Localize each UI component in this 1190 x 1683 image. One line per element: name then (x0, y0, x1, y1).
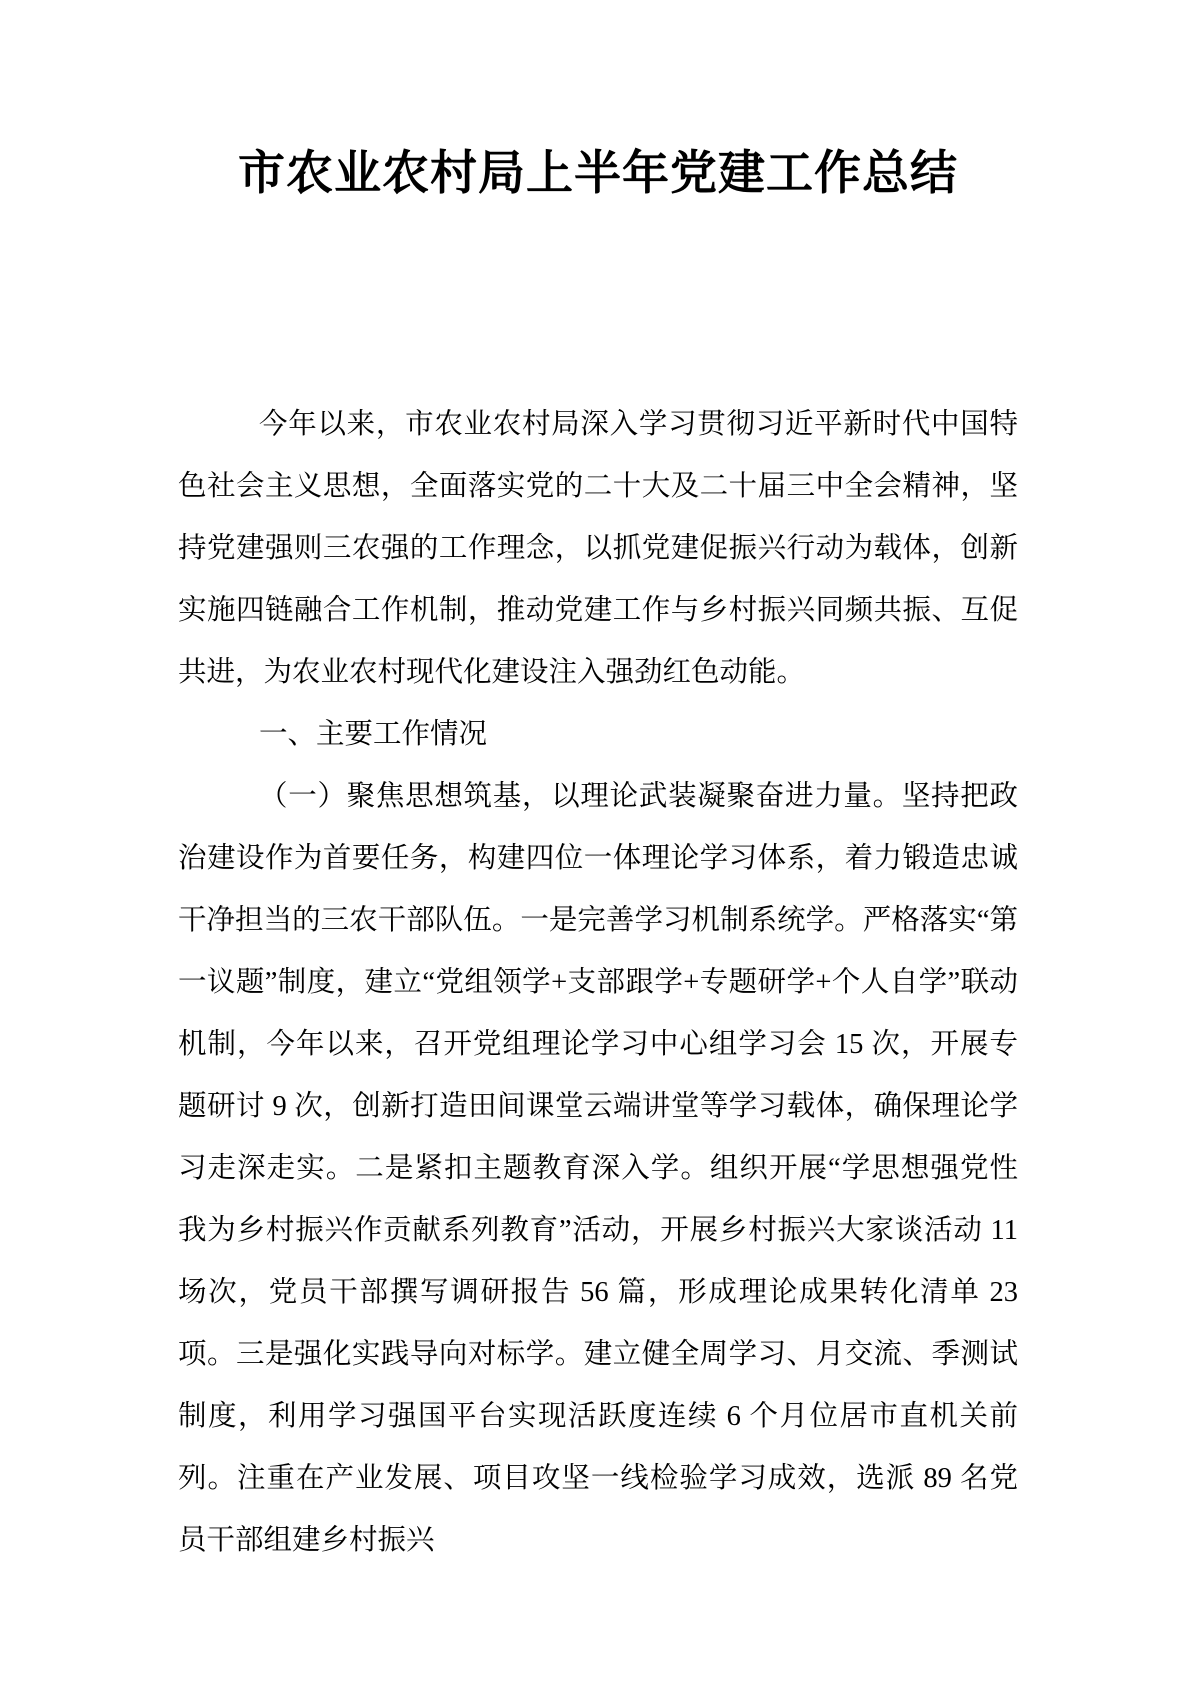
paragraph-section-1: （一）聚焦思想筑基，以理论武装凝聚奋进力量。坚持把政治建设作为首要任务，构建四位… (178, 766, 1018, 1572)
document-body: 今年以来，市农业农村局深入学习贯彻习近平新时代中国特色社会主义思想，全面落实党的… (178, 394, 1018, 1572)
heading-section-1: 一、主要工作情况 (178, 704, 1018, 766)
title-body-spacer (178, 219, 1018, 394)
paragraph-intro: 今年以来，市农业农村局深入学习贯彻习近平新时代中国特色社会主义思想，全面落实党的… (178, 394, 1018, 704)
document-page[interactable]: 市农业农村局上半年党建工作总结 今年以来，市农业农村局深入学习贯彻习近平新时代中… (0, 0, 1190, 1683)
document-title: 市农业农村局上半年党建工作总结 (178, 127, 1018, 219)
